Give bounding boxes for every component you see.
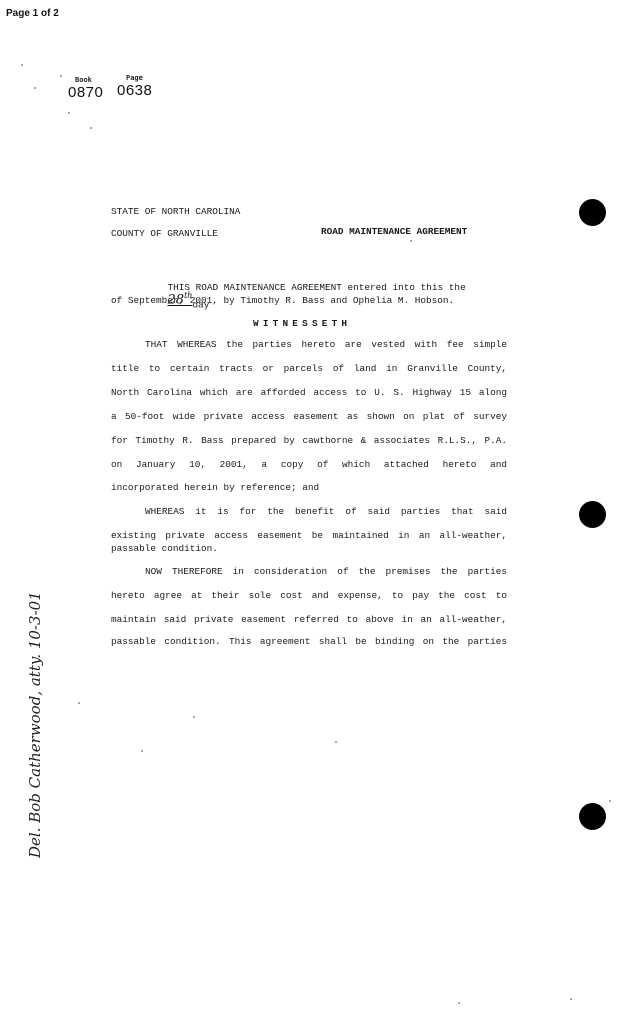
body-line: WHEREAS it is for the benefit of said pa… [145, 506, 507, 518]
body-line: title to certain tracts or parcels of la… [111, 363, 507, 375]
book-label: Book [75, 76, 92, 84]
witnesseth-heading: WITNESSETH [253, 318, 351, 330]
body-line: NOW THEREFORE in consideration of the pr… [145, 566, 507, 578]
page-number: 0638 [117, 82, 152, 99]
punch-hole-icon [579, 803, 606, 830]
handwritten-margin-note: Del. Bob Catherwood, atty. 10-3-01 [26, 591, 44, 858]
state-heading: STATE OF NORTH CAROLINA [111, 206, 240, 218]
intro-prefix: THIS ROAD MAINTENANCE AGREEMENT entered … [168, 282, 466, 293]
page-indicator: Page 1 of 2 [6, 8, 59, 19]
body-line: THAT WHEREAS the parties hereto are vest… [145, 339, 507, 351]
body-line: incorporated herein by reference; and [111, 482, 319, 494]
punch-hole-icon [579, 199, 606, 226]
body-line: passable condition. This agreement shall… [111, 636, 507, 648]
body-line: maintain said private easement referred … [111, 614, 507, 626]
county-heading: COUNTY OF GRANVILLE [111, 228, 218, 240]
body-line: North Carolina which are afforded access… [111, 387, 507, 399]
body-line: passable condition. [111, 543, 218, 555]
book-number: 0870 [68, 84, 103, 101]
body-line: a 50-foot wide private access easement a… [111, 411, 507, 423]
intro-line-2: of September, 2001, by Timothy R. Bass a… [111, 295, 454, 307]
document-title: ROAD MAINTENANCE AGREEMENT [321, 226, 467, 238]
body-line: on January 10, 2001, a copy of which att… [111, 459, 507, 471]
body-line: hereto agree at their sole cost and expe… [111, 590, 507, 602]
body-line: for Timothy R. Bass prepared by cawthorn… [111, 435, 507, 447]
page-label: Page [126, 74, 143, 82]
punch-hole-icon [579, 501, 606, 528]
body-line: existing private access easement be main… [111, 530, 507, 542]
